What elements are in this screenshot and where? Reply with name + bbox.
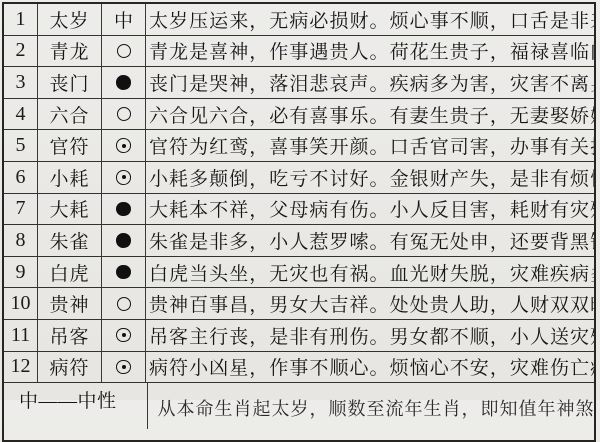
deity-name: 朱雀 bbox=[38, 225, 102, 256]
verse-description: 白虎当头坐，无灾也有祸。血光财失脱，灾难疾病多。 bbox=[146, 257, 594, 288]
table-row: 2青龙青龙是喜神，作事遇贵人。荷花生贵子，福禄喜临门。 bbox=[4, 36, 594, 68]
luck-symbol-cell bbox=[102, 99, 146, 130]
row-number: 8 bbox=[4, 225, 38, 256]
table-row: 4六合六合见六合，必有喜事乐。有妻生贵子，无妻娶娇娥。 bbox=[4, 99, 594, 131]
verse-description: 官符为红鸾，喜事笑开颜。口舌官司害，办事有关拦。 bbox=[146, 130, 594, 161]
dotted-circle-icon bbox=[116, 360, 131, 375]
verse-description: 青龙是喜神，作事遇贵人。荷花生贵子，福禄喜临门。 bbox=[146, 36, 594, 67]
table-row: 6小耗小耗多颠倒，吃亏不讨好。金银财产失，是非有烦恼。 bbox=[4, 162, 594, 194]
deity-name: 大耗 bbox=[38, 194, 102, 225]
filled-circle-icon bbox=[116, 233, 131, 248]
verse-description: 吊客主行丧，是非有刑伤。男女都不顺，小人送灾殃。 bbox=[146, 320, 594, 351]
row-number: 10 bbox=[4, 288, 38, 319]
filled-circle-icon bbox=[116, 265, 131, 280]
luck-symbol-cell bbox=[102, 130, 146, 161]
deity-name: 贵神 bbox=[38, 288, 102, 319]
twelve-gods-table: 1太岁中太岁压运来，无病必损财。烦心事不顺，口舌是非来。2青龙青龙是喜神，作事遇… bbox=[2, 2, 596, 400]
verse-description: 朱雀是非多，小人惹罗嗦。有冤无处申，还要背黑锅。 bbox=[146, 225, 594, 256]
filled-circle-icon bbox=[116, 202, 131, 217]
verse-description: 贵神百事昌，男女大吉祥。处处贵人助，人财双双旺。 bbox=[146, 288, 594, 319]
luck-symbol-cell bbox=[102, 320, 146, 351]
luck-symbol-cell bbox=[102, 257, 146, 288]
table-row: 10贵神贵神百事昌，男女大吉祥。处处贵人助，人财双双旺。 bbox=[4, 288, 594, 320]
open-circle-icon bbox=[117, 297, 131, 311]
table-row: 11吊客吊客主行丧，是非有刑伤。男女都不顺，小人送灾殃。 bbox=[4, 320, 594, 352]
dotted-circle-icon bbox=[116, 170, 131, 185]
neutral-symbol: 中 bbox=[114, 6, 133, 33]
dotted-circle-icon bbox=[116, 138, 131, 153]
table-row: 3丧门丧门是哭神，落泪悲哀声。疾病多为害，灾害不离身。 bbox=[4, 67, 594, 99]
row-number: 1 bbox=[4, 4, 38, 35]
luck-symbol-cell bbox=[102, 67, 146, 98]
row-number: 12 bbox=[4, 352, 38, 383]
table-row: 12病符病符小凶星，作事不顺心。烦恼心不安，灾难伤亡病。 bbox=[4, 352, 594, 384]
table-row: 1太岁中太岁压运来，无病必损财。烦心事不顺，口舌是非来。 bbox=[4, 4, 594, 36]
center-dot bbox=[122, 333, 126, 337]
deity-name: 病符 bbox=[38, 352, 102, 383]
luck-symbol-cell bbox=[102, 36, 146, 67]
table-row: 8朱雀朱雀是非多，小人惹罗嗦。有冤无处申，还要背黑锅。 bbox=[4, 225, 594, 257]
row-number: 11 bbox=[4, 320, 38, 351]
luck-symbol-cell bbox=[102, 225, 146, 256]
table-rows: 1太岁中太岁压运来，无病必损财。烦心事不顺，口舌是非来。2青龙青龙是喜神，作事遇… bbox=[4, 4, 594, 383]
row-number: 9 bbox=[4, 257, 38, 288]
verse-description: 大耗本不祥，父母病有伤。小人反目害，耗财有灾殃。 bbox=[146, 194, 594, 225]
row-number: 6 bbox=[4, 162, 38, 193]
row-number: 2 bbox=[4, 36, 38, 67]
deity-name: 丧门 bbox=[38, 67, 102, 98]
deity-name: 小耗 bbox=[38, 162, 102, 193]
verse-description: 丧门是哭神，落泪悲哀声。疾病多为害，灾害不离身。 bbox=[146, 67, 594, 98]
deity-name: 吊客 bbox=[38, 320, 102, 351]
legend-neutral-label: 中——中性 bbox=[4, 383, 148, 400]
filled-circle-icon bbox=[116, 75, 131, 90]
deity-name: 青龙 bbox=[38, 36, 102, 67]
open-circle-icon bbox=[117, 107, 131, 121]
row-number: 3 bbox=[4, 67, 38, 98]
dotted-circle-icon bbox=[116, 328, 131, 343]
verse-description: 六合见六合，必有喜事乐。有妻生贵子，无妻娶娇娥。 bbox=[146, 99, 594, 130]
deity-name: 太岁 bbox=[38, 4, 102, 35]
row-number: 5 bbox=[4, 130, 38, 161]
deity-name: 六合 bbox=[38, 99, 102, 130]
verse-description: 小耗多颠倒，吃亏不讨好。金银财产失，是非有烦恼。 bbox=[146, 162, 594, 193]
row-number: 7 bbox=[4, 194, 38, 225]
legend-note-clipped: 从本命生肖起太岁，顺数至流年生肖，即知值年神煞。 bbox=[148, 383, 595, 400]
luck-symbol-cell bbox=[102, 352, 146, 383]
open-circle-icon bbox=[117, 44, 131, 58]
table-row: 5官符官符为红鸾，喜事笑开颜。口舌官司害，办事有关拦。 bbox=[4, 130, 594, 162]
deity-name: 白虎 bbox=[38, 257, 102, 288]
verse-description: 太岁压运来，无病必损财。烦心事不顺，口舌是非来。 bbox=[146, 4, 594, 35]
legend-row: 中——中性 从本命生肖起太岁，顺数至流年生肖，即知值年神煞。 bbox=[4, 383, 594, 400]
table-row: 7大耗大耗本不祥，父母病有伤。小人反目害，耗财有灾殃。 bbox=[4, 194, 594, 226]
verse-description: 病符小凶星，作事不顺心。烦恼心不安，灾难伤亡病。 bbox=[146, 352, 594, 383]
deity-name: 官符 bbox=[38, 130, 102, 161]
center-dot bbox=[122, 144, 126, 148]
center-dot bbox=[122, 365, 126, 369]
document-photo: 1太岁中太岁压运来，无病必损财。烦心事不顺，口舌是非来。2青龙青龙是喜神，作事遇… bbox=[0, 0, 600, 400]
center-dot bbox=[122, 175, 126, 179]
row-number: 4 bbox=[4, 99, 38, 130]
luck-symbol-cell: 中 bbox=[102, 4, 146, 35]
luck-symbol-cell bbox=[102, 288, 146, 319]
table-row: 9白虎白虎当头坐，无灾也有祸。血光财失脱，灾难疾病多。 bbox=[4, 257, 594, 289]
luck-symbol-cell bbox=[102, 162, 146, 193]
luck-symbol-cell bbox=[102, 194, 146, 225]
